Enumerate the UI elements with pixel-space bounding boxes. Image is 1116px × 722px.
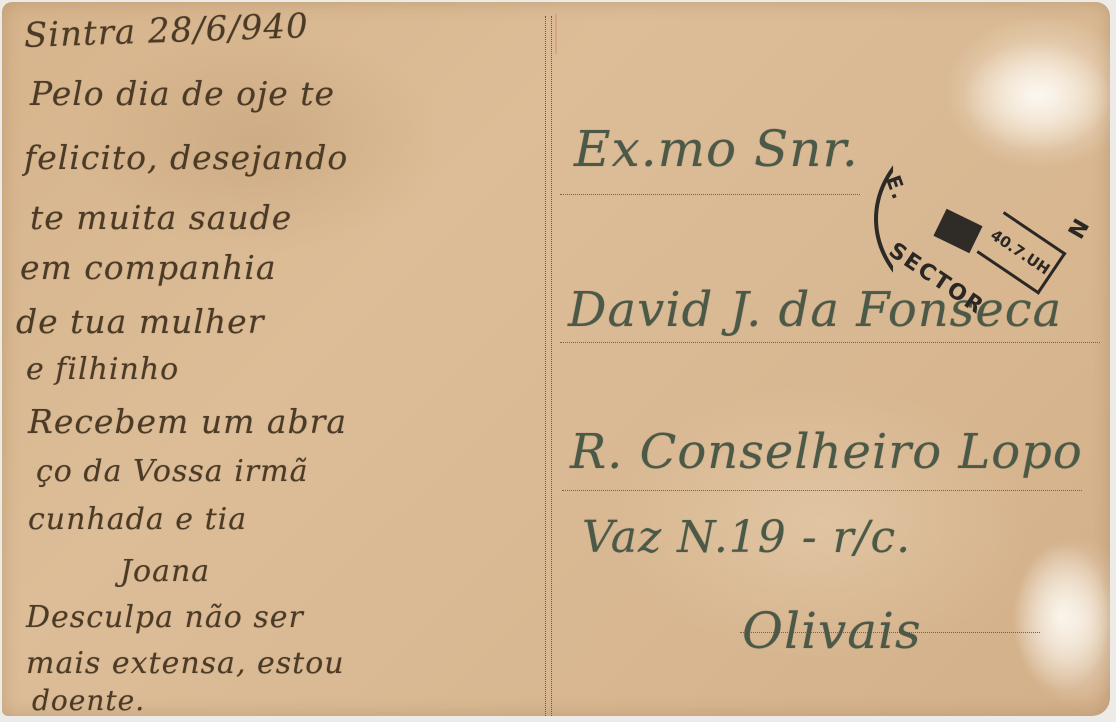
message-line-date: Sintra 28/6/940: [23, 6, 309, 56]
postcard-back: Sintra 28/6/940 Pelo dia de oje te felic…: [2, 2, 1110, 716]
message-line: Pelo dia de oje te: [30, 74, 335, 113]
address-salutation: Ex.mo Snr.: [574, 120, 859, 178]
message-signature: Joana: [120, 554, 210, 589]
center-divider: [545, 16, 552, 716]
address-city: Olivais: [742, 602, 922, 660]
postmark-date: 40.7.UH: [987, 226, 1053, 279]
postmark-sector: SECTOR: [884, 238, 989, 320]
message-line: ço da Vossa irmã: [36, 454, 308, 489]
message-line: e filhinho: [26, 352, 179, 387]
message-line: Desculpa não ser: [26, 600, 304, 635]
message-line: de tua mulher: [16, 302, 264, 341]
message-line: em companhia: [20, 248, 277, 287]
address-rule: [560, 194, 860, 195]
message-line: cunhada e tia: [28, 502, 247, 537]
message-line: Recebem um abra: [28, 402, 347, 441]
address-number: Vaz N.19 - r/c.: [582, 512, 911, 563]
message-line: felicito, desejando: [24, 138, 348, 177]
postmark-date-box: 40.7.UH: [976, 211, 1066, 294]
address-rule: [560, 342, 1100, 343]
postmark-letter: N: [1064, 213, 1096, 243]
postmark-block: [933, 209, 982, 253]
divider-tint: [555, 14, 557, 54]
message-line: mais extensa, estou: [26, 646, 345, 681]
message-line: te muita saude: [30, 198, 292, 237]
address-street: R. Conselheiro Lopo: [570, 424, 1083, 480]
address-rule: [562, 490, 1082, 491]
postmark: E. SECTOR 40.7.UH N: [874, 120, 1104, 310]
paper-stain: [1012, 542, 1112, 692]
message-line: doente.: [32, 684, 145, 717]
